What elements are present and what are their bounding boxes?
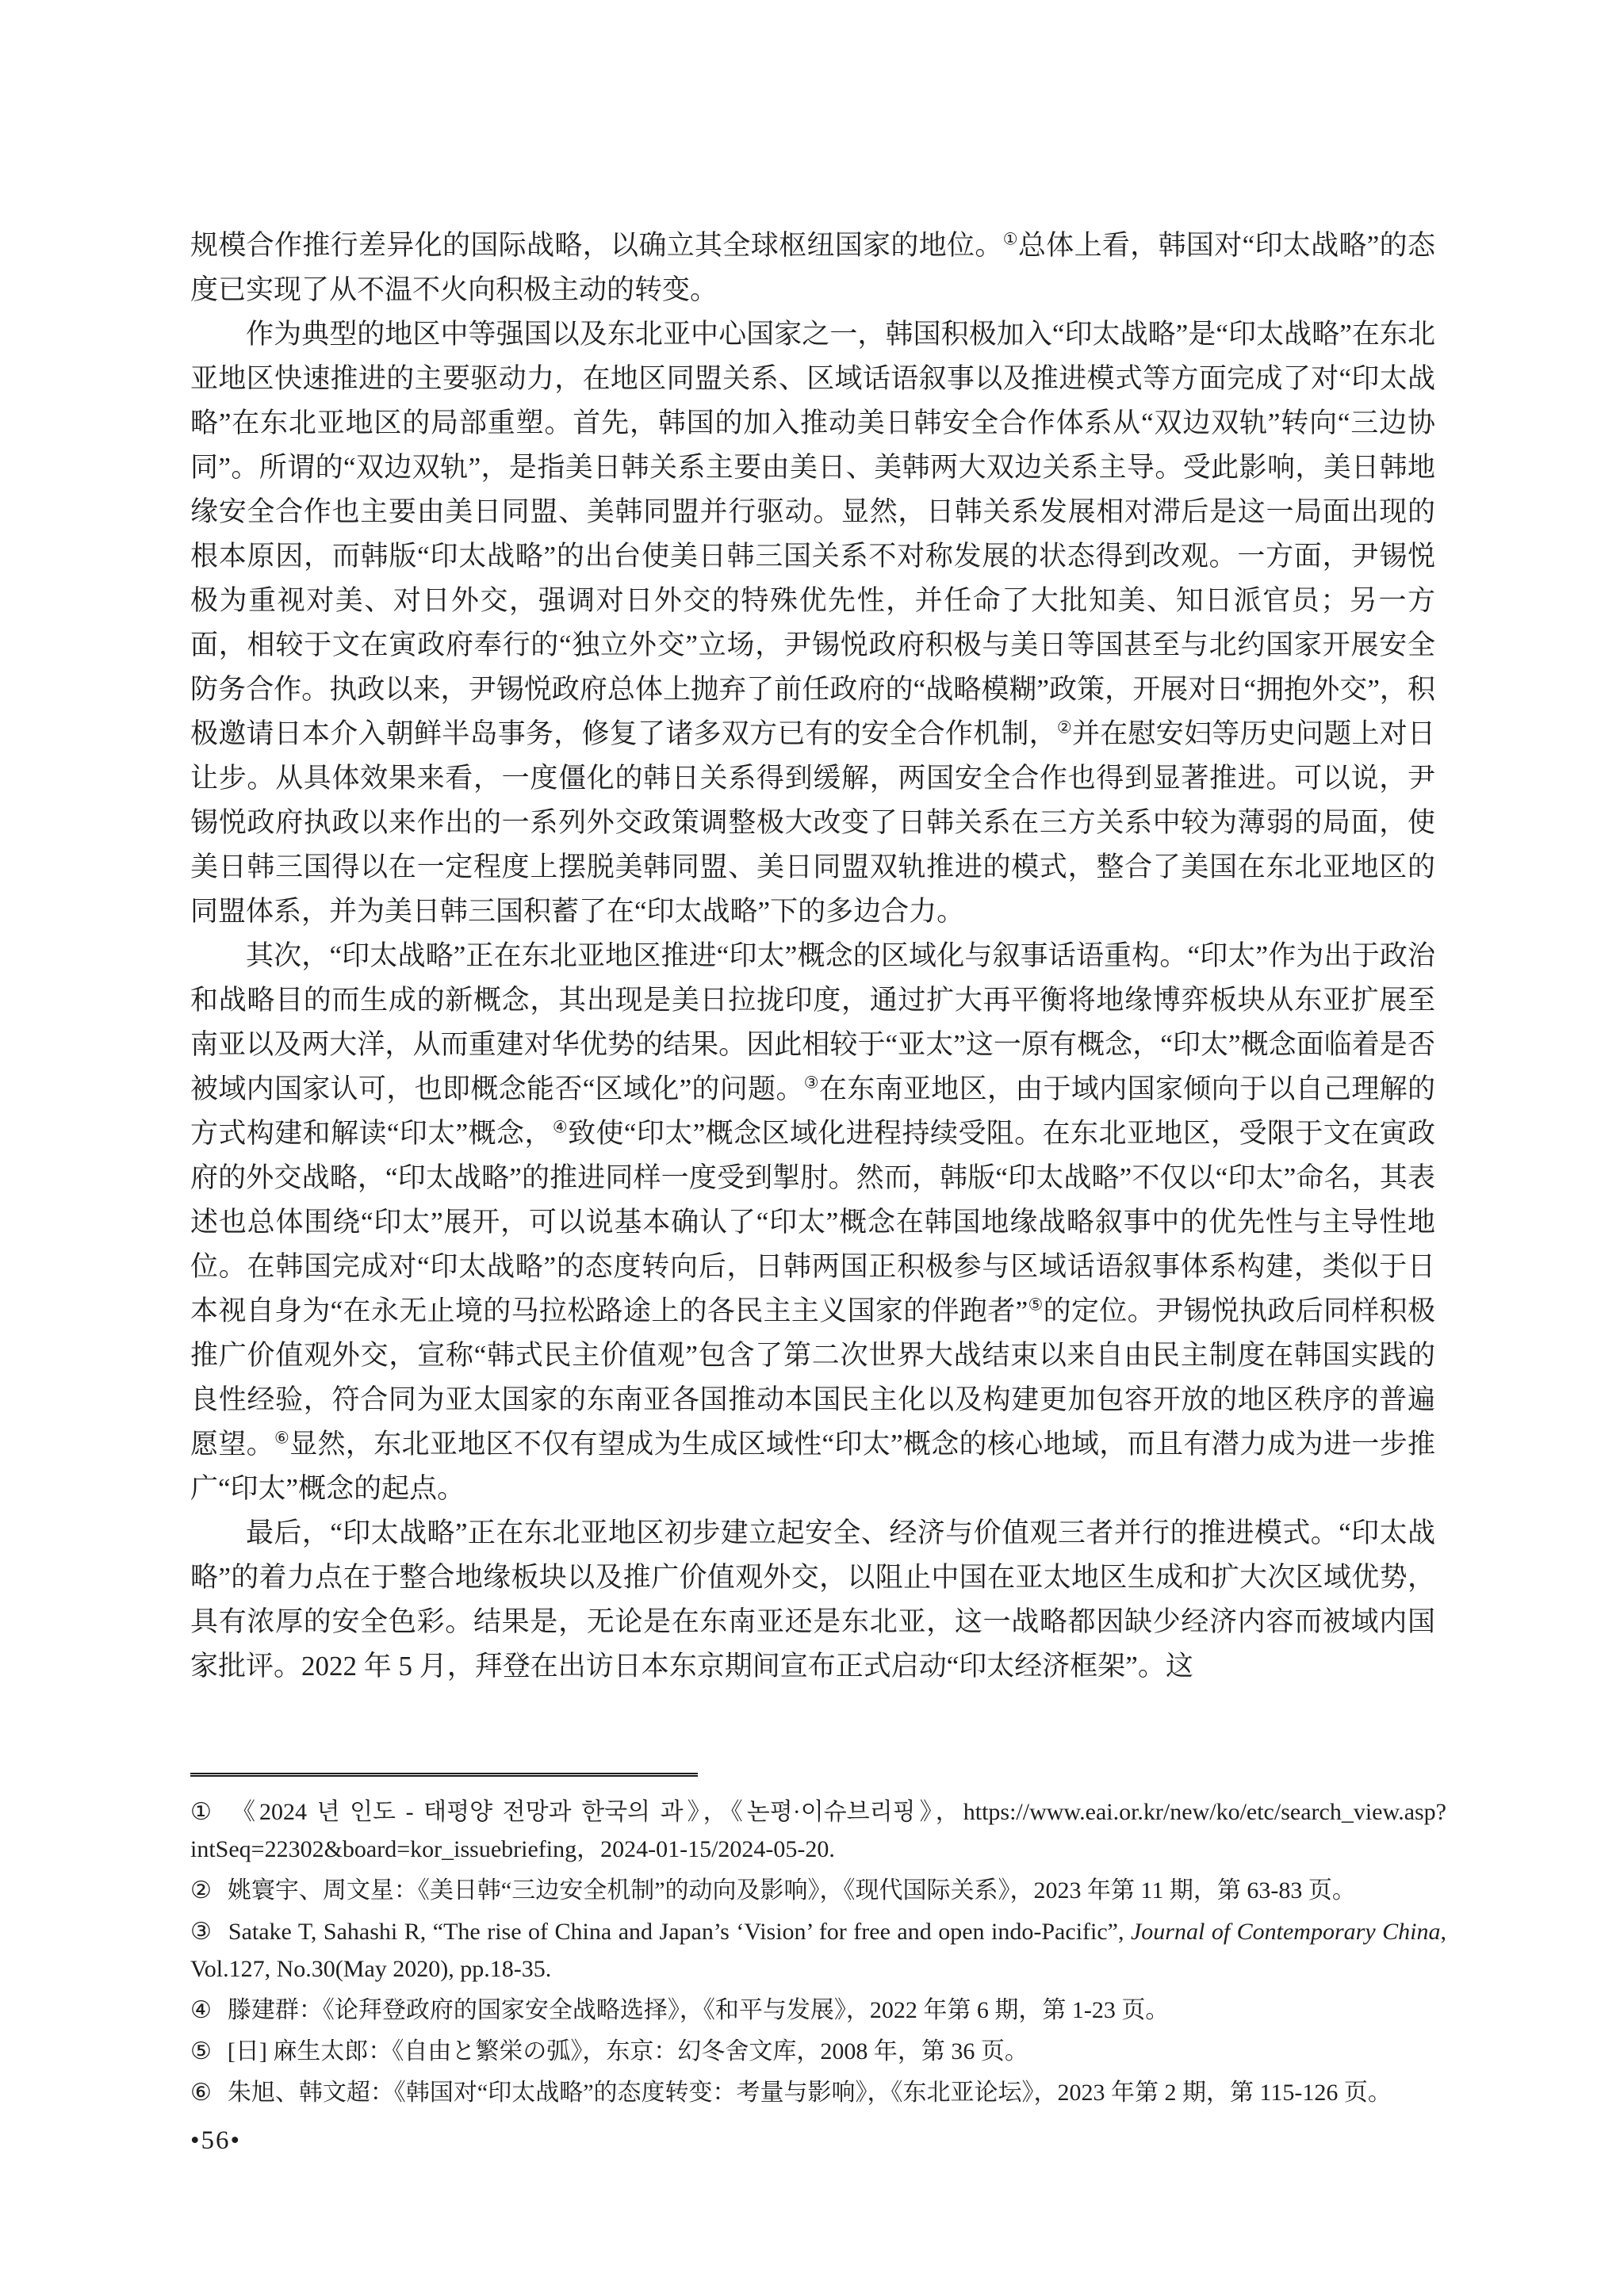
- body-paragraph: 最后，“印太战略”正在东北亚地区初步建立起安全、经济与价值观三者并行的推进模式。…: [190, 1511, 1435, 1689]
- footnote-text: 姚寰宇、周文星：《美日韩“三边安全机制”的动向及影响》，《现代国际关系》，202…: [228, 1877, 1356, 1904]
- footnote-item: ⑥朱旭、韩文超：《韩国对“印太战略”的态度转变：考量与影响》，《东北亚论坛》，2…: [190, 2074, 1446, 2111]
- body-paragraph: 规模合作推行差异化的国际战略，以确立其全球枢纽国家的地位。①总体上看，韩国对“印…: [190, 224, 1435, 312]
- body-paragraph: 作为典型的地区中等强国以及东北亚中心国家之一，韩国积极加入“印太战略”是“印太战…: [190, 312, 1435, 934]
- footnote-marker: ①: [190, 1799, 216, 1825]
- footnote-item: ③Satake T, Sahashi R, “The rise of China…: [190, 1913, 1446, 1988]
- footnote-text: 《2024 년 인도 - 태평양 전망과 한국의 과》，《논평·이슈브리핑》，h…: [190, 1799, 1446, 1862]
- footnote-separator: [190, 1773, 698, 1777]
- footnote-marker: ③: [190, 1919, 213, 1945]
- footnotes-block: ①《2024 년 인도 - 태평양 전망과 한국의 과》，《논평·이슈브리핑》，…: [190, 1793, 1446, 2115]
- page-number: •56•: [190, 2126, 241, 2156]
- footnote-item: ②姚寰宇、周文星：《美日韩“三边安全机制”的动向及影响》，《现代国际关系》，20…: [190, 1872, 1446, 1909]
- footnote-marker: ⑤: [190, 2038, 212, 2064]
- footnote-item: ⑤[日] 麻生太郎：《自由と繁栄の弧》，东京：幻冬舍文库，2008 年，第 36…: [190, 2033, 1446, 2070]
- body-paragraph: 其次，“印太战略”正在东北亚地区推进“印太”概念的区域化与叙事话语重构。“印太”…: [190, 934, 1435, 1511]
- footnote-text: [日] 麻生太郎：《自由と繁栄の弧》，东京：幻冬舍文库，2008 年，第 36 …: [228, 2038, 1028, 2064]
- body-text-block: 规模合作推行差异化的国际战略，以确立其全球枢纽国家的地位。①总体上看，韩国对“印…: [190, 224, 1435, 1689]
- footnote-marker: ⑥: [190, 2080, 212, 2106]
- footnote-item: ①《2024 년 인도 - 태평양 전망과 한국의 과》，《논평·이슈브리핑》，…: [190, 1793, 1446, 1868]
- footnote-text: 朱旭、韩文超：《韩国对“印太战略”的态度转变：考量与影响》，《东北亚论坛》，20…: [228, 2080, 1392, 2106]
- footnote-text: 滕建群：《论拜登政府的国家安全战略选择》，《和平与发展》，2022 年第 6 期…: [228, 1997, 1170, 2023]
- footnote-journal-title: Journal of Contemporary China: [1131, 1919, 1441, 1945]
- footnote-text: Satake T, Sahashi R, “The rise of China …: [228, 1919, 1131, 1945]
- document-page: 规模合作推行差异化的国际战略，以确立其全球枢纽国家的地位。①总体上看，韩国对“印…: [0, 0, 1624, 2296]
- footnote-item: ④滕建群：《论拜登政府的国家安全战略选择》，《和平与发展》，2022 年第 6 …: [190, 1992, 1446, 2029]
- footnote-marker: ④: [190, 1997, 212, 2023]
- footnote-marker: ②: [190, 1877, 212, 1904]
